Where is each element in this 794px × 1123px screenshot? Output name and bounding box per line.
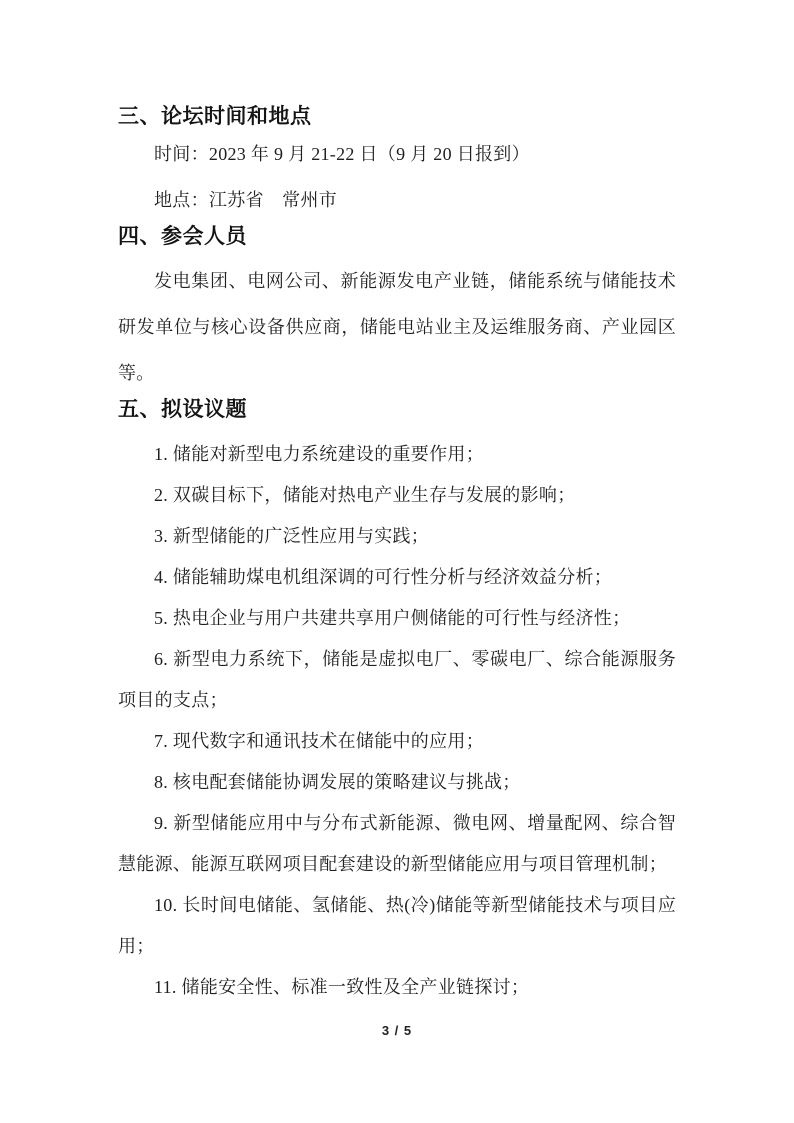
attendees-paragraph: 发电集团、电网公司、新能源发电产业链，储能系统与储能技术研发单位与核心设备供应商…	[118, 258, 676, 396]
page-number: 3 / 5	[118, 1024, 676, 1038]
topic-item-6: 6. 新型电力系统下，储能是虚拟电厂、零碳电厂、综合能源服务项目的支点；	[118, 639, 676, 721]
topic-item-3: 3. 新型储能的广泛性应用与实践；	[118, 516, 676, 557]
topic-item-9: 9. 新型储能应用中与分布式新能源、微电网、增量配网、综合智慧能源、能源互联网项…	[118, 803, 676, 885]
document-page: 三、论坛时间和地点 时间：2023 年 9 月 21-22 日（9 月 20 日…	[0, 0, 794, 1123]
topic-item-10: 10. 长时间电储能、氢储能、热(冷)储能等新型储能技术与项目应用；	[118, 885, 676, 967]
section-heading-time-place: 三、论坛时间和地点	[118, 103, 676, 131]
topic-item-2: 2. 双碳目标下，储能对热电产业生存与发展的影响；	[118, 475, 676, 516]
time-line: 时间：2023 年 9 月 21-22 日（9 月 20 日报到）	[118, 131, 676, 177]
section-heading-topics: 五、拟设议题	[118, 396, 676, 424]
topic-item-1: 1. 储能对新型电力系统建设的重要作用；	[118, 434, 676, 475]
topic-item-5: 5. 热电企业与用户共建共享用户侧储能的可行性与经济性；	[118, 598, 676, 639]
topic-item-7: 7. 现代数字和通讯技术在储能中的应用；	[118, 721, 676, 762]
section-heading-attendees: 四、参会人员	[118, 223, 676, 251]
topic-item-11: 11. 储能安全性、标准一致性及全产业链探讨；	[118, 967, 676, 1008]
place-line: 地点：江苏省 常州市	[118, 177, 676, 223]
topics-list: 1. 储能对新型电力系统建设的重要作用； 2. 双碳目标下，储能对热电产业生存与…	[118, 434, 676, 1008]
topic-item-8: 8. 核电配套储能协调发展的策略建议与挑战；	[118, 762, 676, 803]
topic-item-4: 4. 储能辅助煤电机组深调的可行性分析与经济效益分析；	[118, 557, 676, 598]
